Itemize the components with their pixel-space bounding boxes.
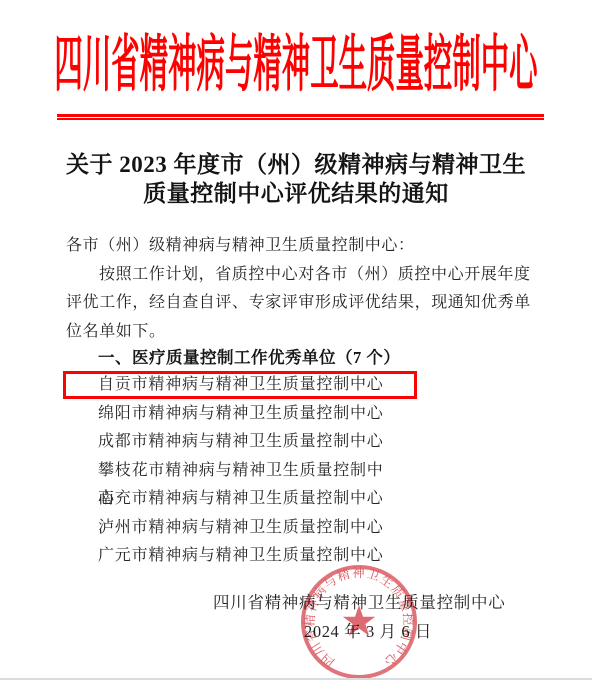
- page-bottom-edge: [0, 678, 592, 680]
- highlight-box: 自贡市精神病与精神卫生质量控制中心: [63, 371, 417, 399]
- section-heading: 一、医疗质量控制工作优秀单位（7 个）: [98, 349, 400, 367]
- salutation: 各市（州）级精神病与精神卫生质量控制中心：: [66, 232, 538, 261]
- unit-item-highlighted: 自贡市精神病与精神卫生质量控制中心: [98, 376, 384, 393]
- star-icon: [343, 605, 375, 636]
- official-seal-stamp: 四川省精神病与精神卫生质量控制中心: [293, 556, 425, 682]
- unit-item: 泸州市精神病与精神卫生质量控制中心: [63, 514, 399, 542]
- unit-item: 南充市精神病与精神卫生质量控制中心: [63, 485, 399, 513]
- document-title-line1: 关于 2023 年度市（州）级精神病与精神卫生: [0, 150, 592, 179]
- document-page: 四川省精神病与精神卫生质量控制中心 关于 2023 年度市（州）级精神病与精神卫…: [0, 0, 592, 682]
- separator-thick-line: [57, 114, 544, 117]
- unit-item: 攀枝花市精神病与精神卫生质量控制中心: [63, 457, 399, 485]
- letterhead-separator: [57, 114, 544, 120]
- letterhead: 四川省精神病与精神卫生质量控制中心: [0, 24, 592, 106]
- paragraph-line-3: 位名单如下。: [66, 318, 538, 347]
- unit-item: 绵阳市精神病与精神卫生质量控制中心: [63, 400, 399, 428]
- body-text: 各市（州）级精神病与精神卫生质量控制中心： 按照工作计划，省质控中心对各市（州）…: [66, 232, 538, 346]
- separator-thin-line: [57, 118, 544, 120]
- letterhead-org-name: 四川省精神病与精神卫生质量控制中心: [54, 34, 537, 95]
- unit-item: 成都市精神病与精神卫生质量控制中心: [63, 428, 399, 456]
- paragraph-line-1: 按照工作计划，省质控中心对各市（州）质控中心开展年度: [66, 261, 538, 290]
- document-title: 关于 2023 年度市（州）级精神病与精神卫生 质量控制中心评优结果的通知: [0, 150, 592, 208]
- document-title-line2: 质量控制中心评优结果的通知: [0, 179, 592, 208]
- unit-list: 自贡市精神病与精神卫生质量控制中心 绵阳市精神病与精神卫生质量控制中心 成都市精…: [63, 371, 399, 570]
- paragraph-line-2: 评优工作，经自查自评、专家评审形成评优结果，现通知优秀单: [66, 289, 538, 318]
